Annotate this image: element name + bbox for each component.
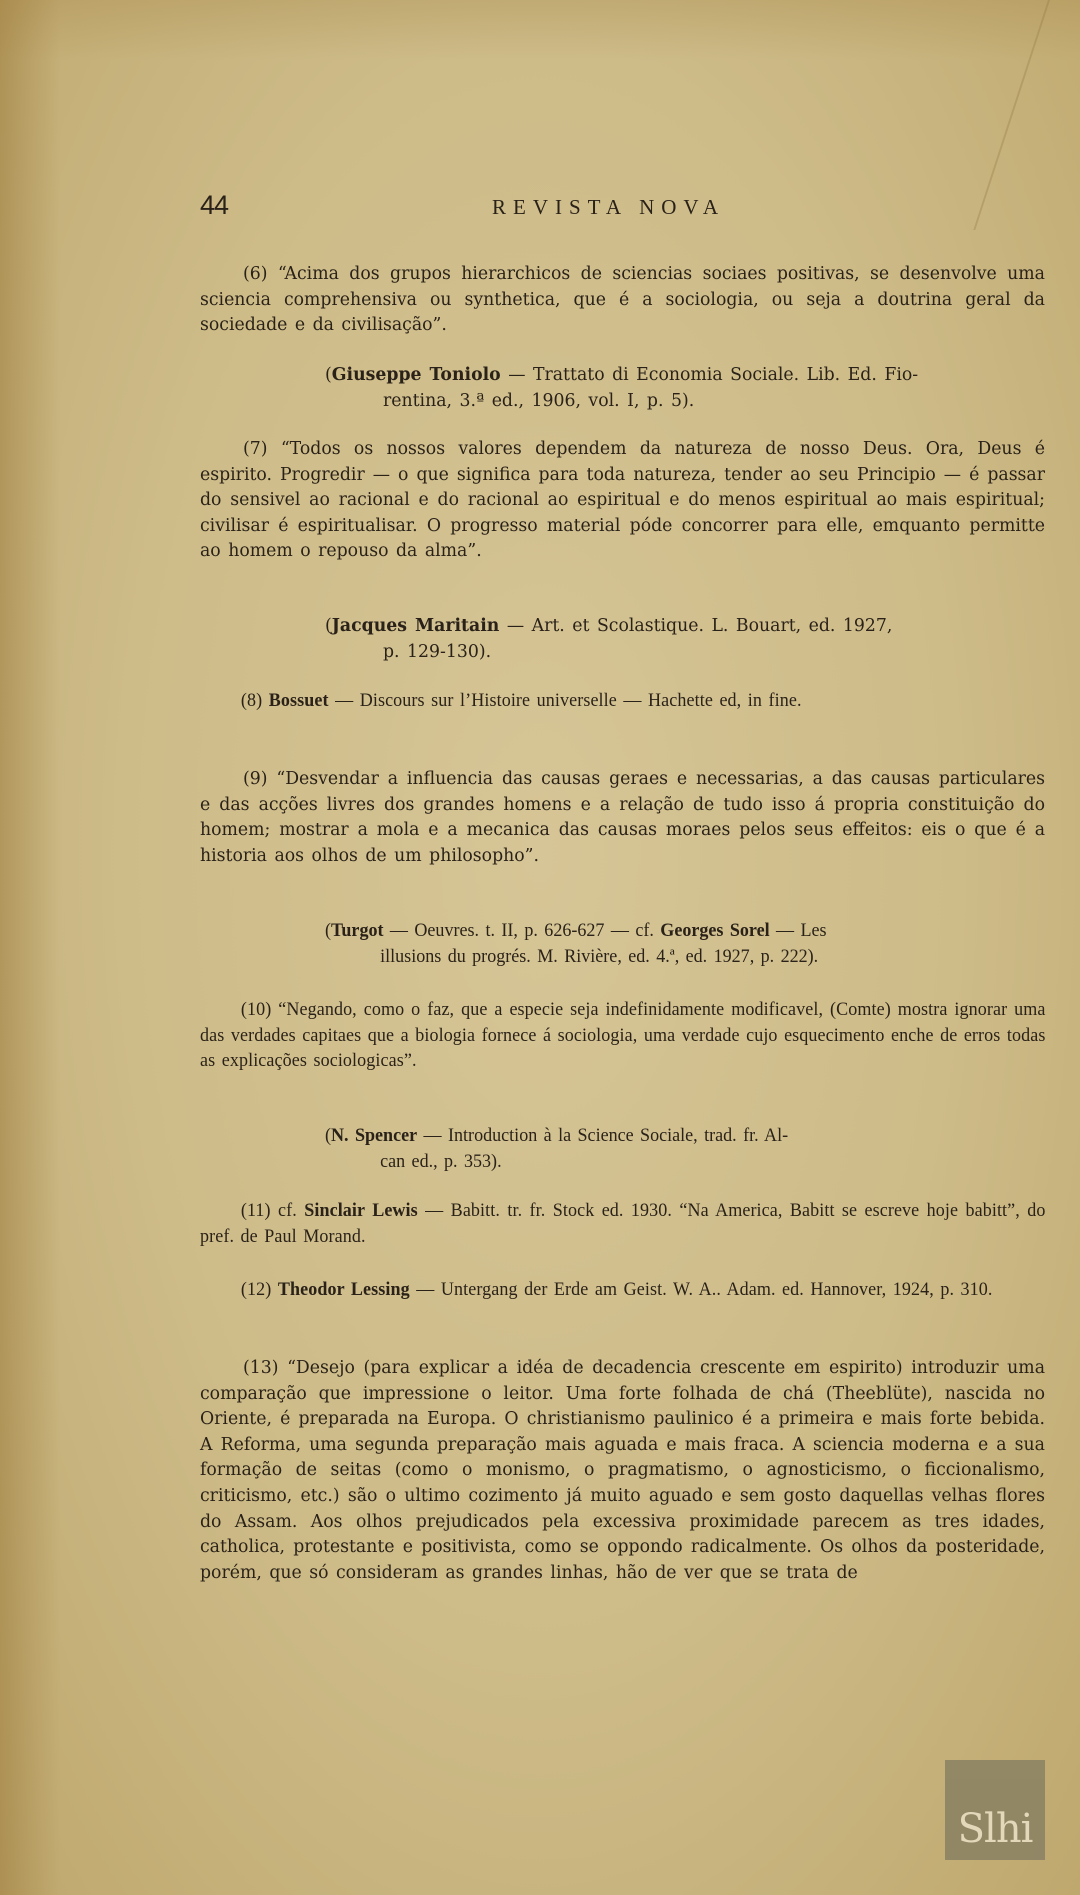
note-text: — Discours sur l’Histoire universelle — … <box>329 690 802 711</box>
note-number: (10) <box>241 999 271 1020</box>
citation-text: — Introduction à la Science Sociale, tra… <box>417 1125 788 1146</box>
note-text: “Todos os nossos valores dependem da nat… <box>200 439 1045 561</box>
citation-text-cont: illusions du progrés. M. Rivière, ed. 4.… <box>325 944 1043 970</box>
note-text: “Desvendar a influencia das causas gerae… <box>200 769 1045 866</box>
citation-author: Turgot <box>331 920 384 941</box>
footnote-13: (13) “Desejo (para explicar a idéa de de… <box>200 1356 1045 1586</box>
citation-text-cont: rentina, 3.ª ed., 1906, vol. I, p. 5). <box>325 388 1043 414</box>
note-number: (11) <box>241 1200 271 1221</box>
footnote-10: (10) “Negando, como o faz, que a especie… <box>200 997 1046 1074</box>
note-number: (13) <box>243 1358 278 1378</box>
citation-text: — Oeuvres. t. II, p. 626-627 — cf. <box>384 920 661 941</box>
note-number: (6) <box>243 264 267 284</box>
citation-author: N. Spencer <box>331 1125 417 1146</box>
note-author: Bossuet <box>269 690 329 711</box>
citation-text: — Art. et Scolastique. L. Bouart, ed. 19… <box>499 616 892 636</box>
citation-author: Giuseppe Toniolo <box>332 365 501 385</box>
watermark-text: Slhi <box>958 1806 1033 1852</box>
citation-text: — Les <box>770 920 827 941</box>
citation-9: (Turgot — Oeuvres. t. II, p. 626-627 — c… <box>325 918 1043 970</box>
citation-6: (Giuseppe Toniolo — Trattato di Economia… <box>325 362 1043 414</box>
note-number: (9) <box>243 769 267 789</box>
footnote-12: (12) Theodor Lessing — Untergang der Erd… <box>200 1277 1046 1303</box>
page-top-shadow <box>0 0 1080 60</box>
note-number: (12) <box>241 1279 271 1300</box>
note-text: “Negando, como o faz, que a especie seja… <box>200 999 1046 1071</box>
footnote-7: (7) “Todos os nossos valores dependem da… <box>200 437 1045 565</box>
citation-text-cont: can ed., p. 353). <box>325 1149 1043 1175</box>
citation-author: Jacques Maritain <box>332 616 500 636</box>
citation-text-cont: p. 129-130). <box>325 639 1043 665</box>
note-text: — Untergang der Erde am Geist. W. A.. Ad… <box>410 1279 993 1300</box>
citation-10: (N. Spencer — Introduction à la Science … <box>325 1123 1043 1175</box>
note-author: Sinclair Lewis <box>304 1200 418 1221</box>
citation-7: (Jacques Maritain — Art. et Scolastique.… <box>325 613 1043 665</box>
note-text: “Acima dos grupos hierarchicos de scienc… <box>200 264 1045 335</box>
note-author: Theodor Lessing <box>278 1279 410 1300</box>
note-number: (8) <box>241 690 262 711</box>
note-prefix: cf. <box>278 1200 304 1221</box>
footnote-8: (8) Bossuet — Discours sur l’Histoire un… <box>200 688 1046 714</box>
page-number: 44 <box>200 190 228 221</box>
page-edge-shadow <box>0 0 60 1895</box>
running-title: REVISTA NOVA <box>492 195 725 220</box>
citation-author-2: Georges Sorel <box>660 920 769 941</box>
footnote-11: (11) cf. Sinclair Lewis — Babitt. tr. fr… <box>200 1198 1046 1249</box>
note-number: (7) <box>243 439 267 459</box>
footnote-6: (6) “Acima dos grupos hierarchicos de sc… <box>200 262 1045 339</box>
library-watermark-logo: Slhi <box>945 1760 1045 1860</box>
page-header: 44 REVISTA NOVA <box>200 190 1040 230</box>
citation-text: — Trattato di Economia Sociale. Lib. Ed.… <box>501 365 918 385</box>
note-text: “Desejo (para explicar a idéa de decaden… <box>200 1358 1045 1583</box>
footnote-9: (9) “Desvendar a influencia das causas g… <box>200 767 1045 869</box>
